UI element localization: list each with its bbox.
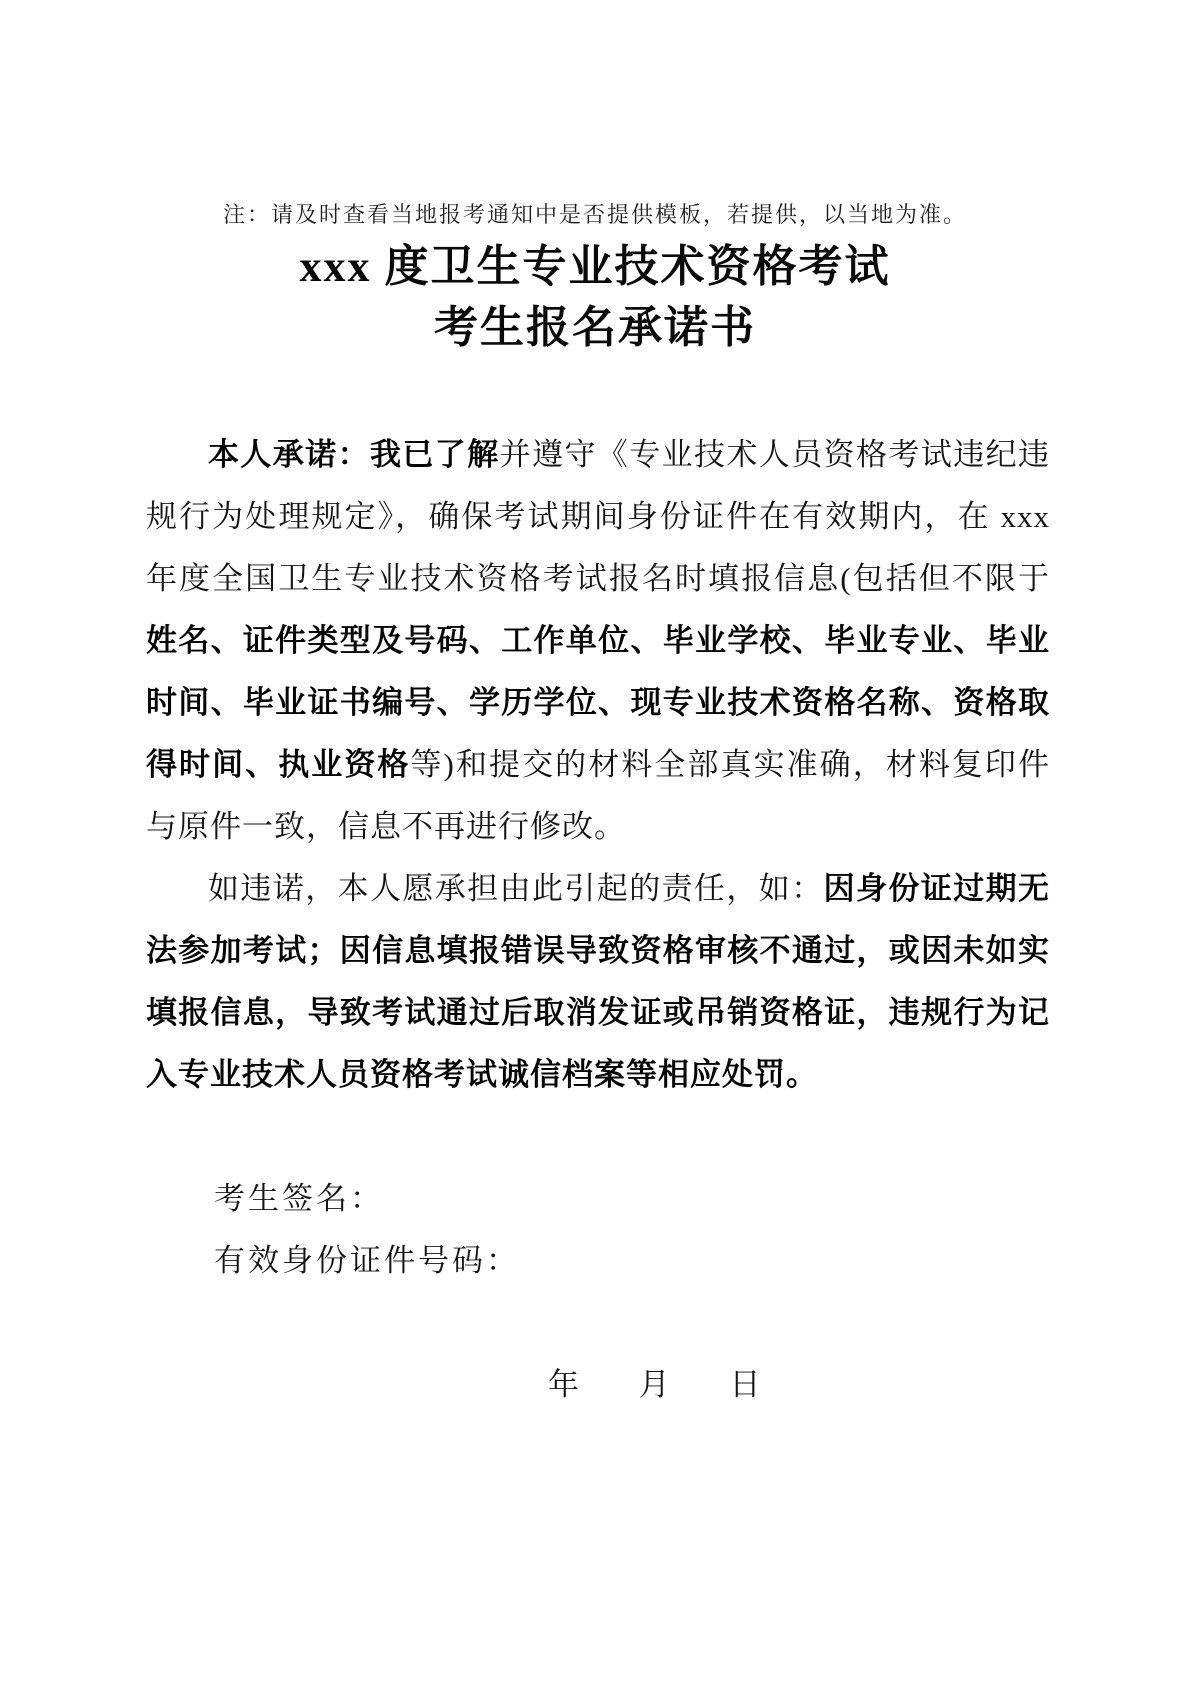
date-day-label: 日 (730, 1354, 761, 1416)
date-year-label: 年 (548, 1354, 579, 1416)
document-title: xxx 度卫生专业技术资格考试 考生报名承诺书 (0, 236, 1190, 358)
date-month-label: 月 (639, 1354, 670, 1416)
body-text: 本人承诺：我已了解并遵守《专业技术人员资格考试违纪违规行为处理规定》，确保考试期… (146, 424, 1050, 1106)
document-page: 注：请及时查看当地报考通知中是否提供模板，若提供，以当地为准。 xxx 度卫生专… (0, 0, 1190, 1683)
paragraph-consequences: 如违诺，本人愿承担由此引起的责任，如：因身份证过期无法参加考试；因信息填报错误导… (146, 858, 1050, 1106)
text-segment: 本人承诺：我已了解 (208, 437, 500, 472)
signature-block: 考生签名： 有效身份证件号码： (214, 1168, 520, 1292)
text-segment: 如违诺，本人愿承担由此引起的责任，如： (208, 871, 824, 906)
signature-name-label: 考生签名： (214, 1168, 520, 1230)
signature-id-label: 有效身份证件号码： (214, 1230, 520, 1292)
top-note: 注：请及时查看当地报考通知中是否提供模板，若提供，以当地为准。 (0, 200, 1190, 230)
title-line-2: 考生报名承诺书 (0, 297, 1190, 358)
paragraph-commitment: 本人承诺：我已了解并遵守《专业技术人员资格考试违纪违规行为处理规定》，确保考试期… (146, 424, 1050, 858)
date-line: 年 月 日 (548, 1354, 761, 1416)
title-line-1: xxx 度卫生专业技术资格考试 (0, 236, 1190, 297)
